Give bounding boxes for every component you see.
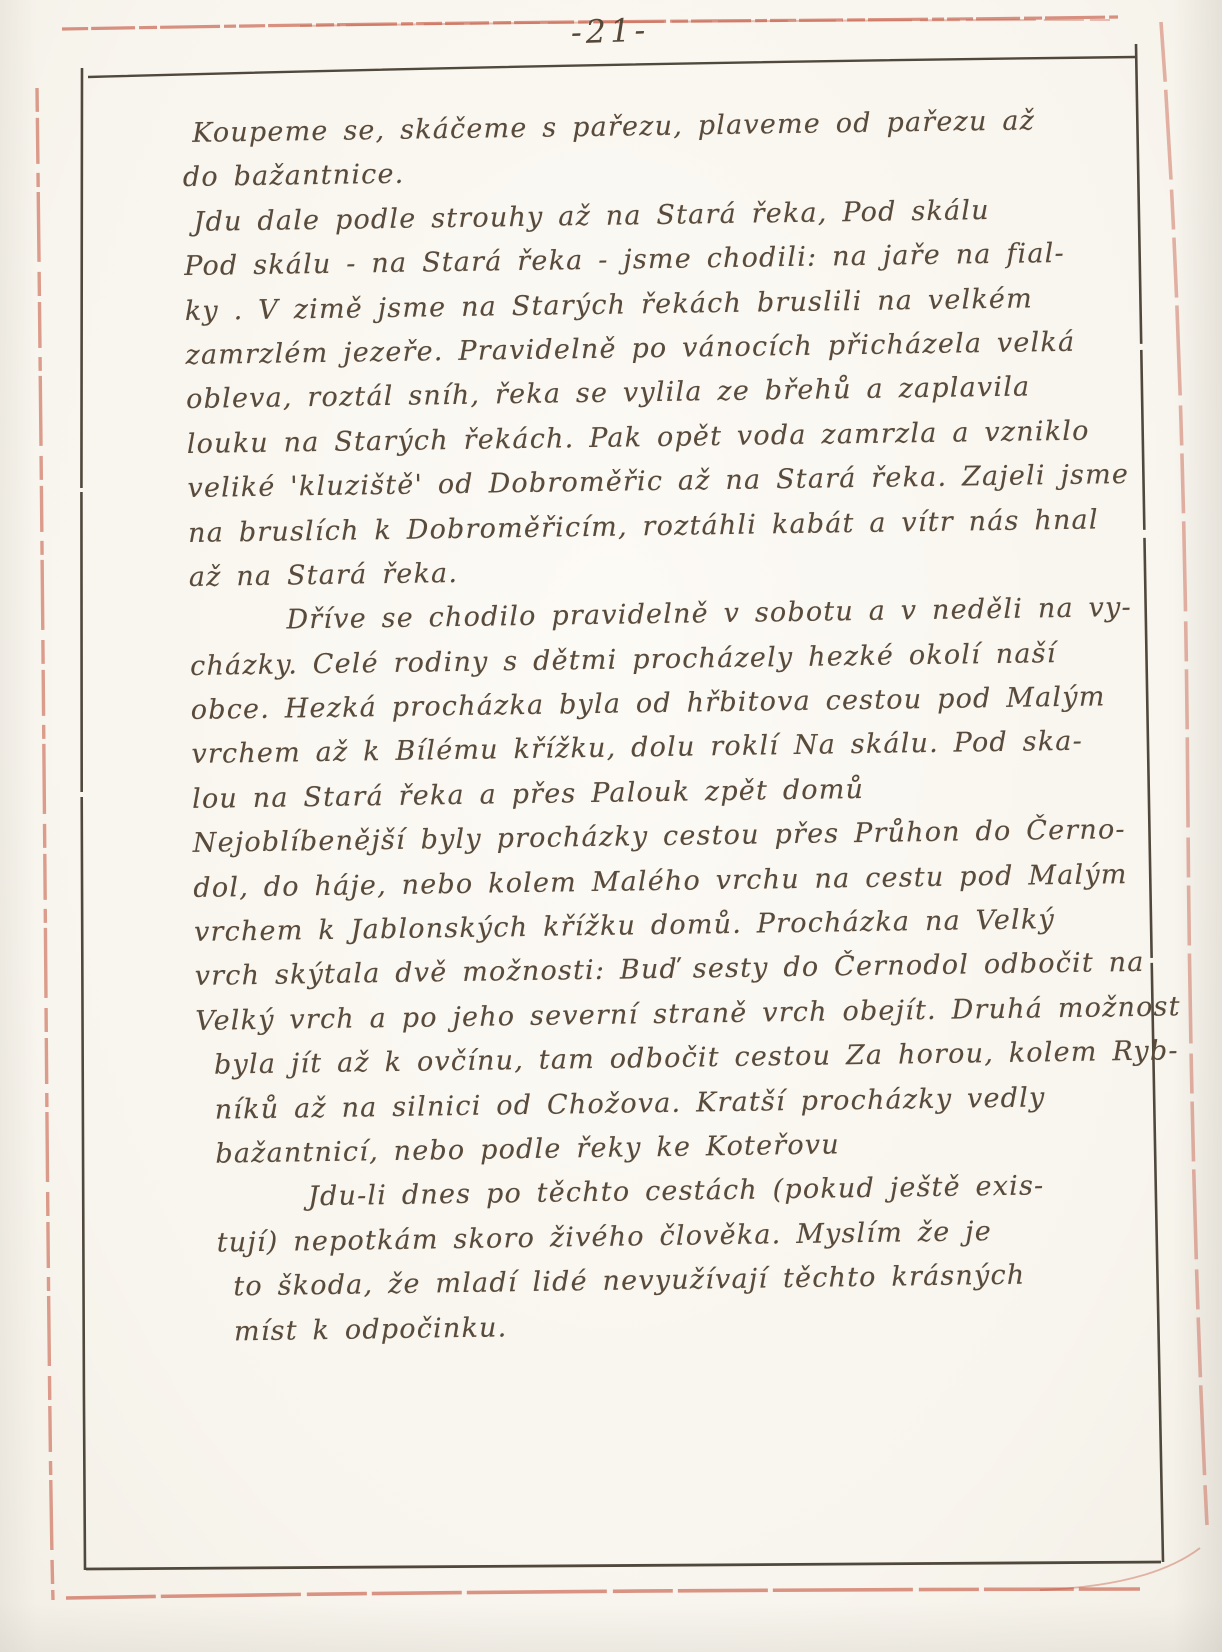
pencil-line-bottom [66,1589,1140,1598]
page-number: -21- [529,9,690,53]
handwritten-text-block: Koupeme se, skáčeme s pařezu, plaveme od… [182,104,1140,1361]
frame-left [81,68,85,1570]
frame-bottom [86,1562,1161,1569]
pencil-line-left [37,88,53,1600]
pencil-line-right [1161,22,1207,1525]
pencil-line-bottom-curve [1040,1548,1200,1590]
scanned-document-page: -21- Koupeme se, skáčeme s pařezu, plave… [0,0,1222,1652]
frame-top [88,57,1135,77]
